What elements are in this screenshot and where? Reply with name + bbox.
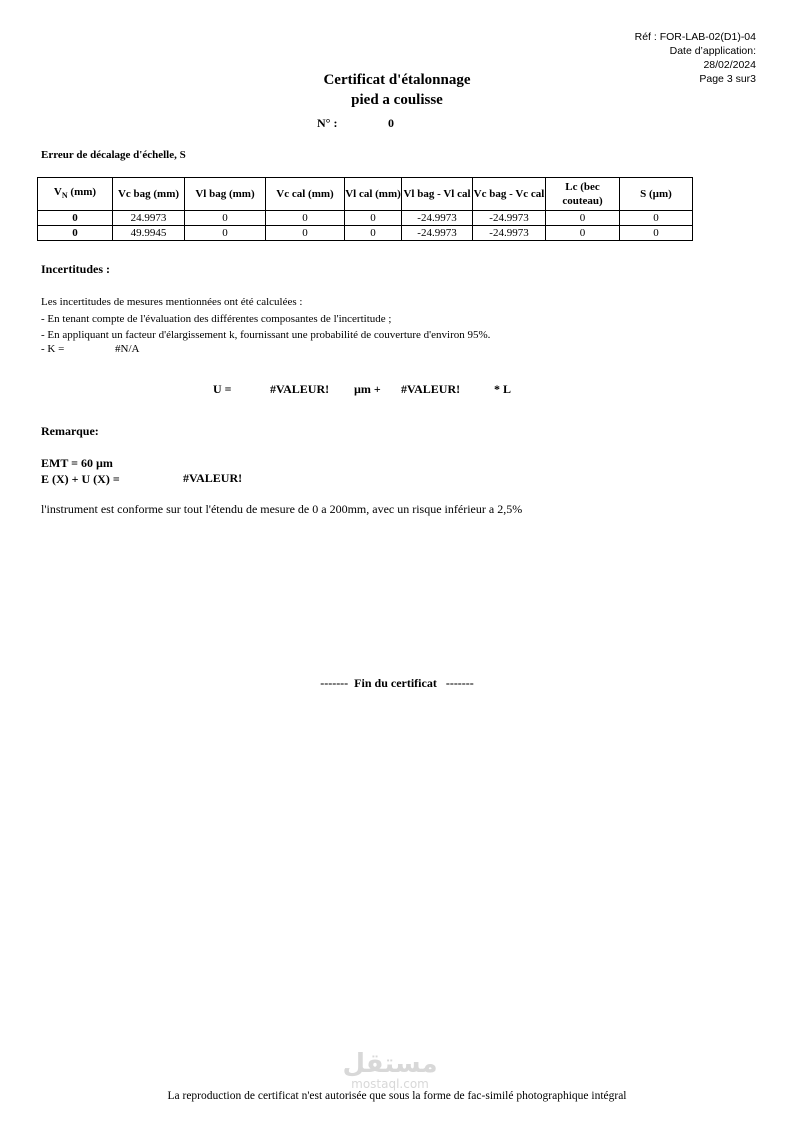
ex-value: #VALEUR! <box>183 471 242 486</box>
u-label: U = <box>213 382 232 397</box>
conformity-statement: l'instrument est conforme sur tout l'éte… <box>41 502 522 517</box>
cell-vl-diff: -24.9973 <box>402 211 473 226</box>
cell-lc: 0 <box>546 211 620 226</box>
date-label: Date d’application: <box>635 44 756 58</box>
cell-vn: 0 <box>38 226 113 241</box>
uncertainties-heading: Incertitudes : <box>41 262 110 277</box>
cell-vc-cal: 0 <box>266 226 345 241</box>
column-header-vl-diff: Vl bag - Vl cal <box>402 178 473 211</box>
scale-error-table: VN (mm) Vc bag (mm) Vl bag (mm) Vc cal (… <box>37 177 693 241</box>
title-line-2: pied a coulisse <box>0 90 794 110</box>
u-times-l: * L <box>494 382 511 397</box>
scale-error-heading: Erreur de décalage d'échelle, S <box>41 149 186 161</box>
cell-vc-diff: -24.9973 <box>473 226 546 241</box>
cell-vc-bag: 24.9973 <box>113 211 185 226</box>
cell-vl-bag: 0 <box>185 226 266 241</box>
uncertainties-bullet-2: - En appliquant un facteur d'élargisseme… <box>41 327 490 343</box>
column-header-vc-bag: Vc bag (mm) <box>113 178 185 211</box>
column-header-lc: Lc (bec couteau) <box>546 178 620 211</box>
cell-vl-bag: 0 <box>185 211 266 226</box>
cell-vc-cal: 0 <box>266 211 345 226</box>
column-header-vn: VN (mm) <box>38 178 113 211</box>
cell-vl-diff: -24.9973 <box>402 226 473 241</box>
footer-notice: La reproduction de certificat n'est auto… <box>0 1090 794 1102</box>
column-header-vl-cal: Vl cal (mm) <box>345 178 402 211</box>
column-header-vc-cal: Vc cal (mm) <box>266 178 345 211</box>
number-value: 0 <box>388 116 394 131</box>
k-factor-row: - K = #N/A <box>41 343 64 355</box>
uncertainties-intro: Les incertitudes de mesures mentionnées … <box>41 294 302 310</box>
table-row: 0 49.9945 0 0 0 -24.9973 -24.9973 0 0 <box>38 226 693 241</box>
watermark-arabic: مستقل <box>340 1050 440 1078</box>
u-unit-plus: µm + <box>354 382 381 397</box>
number-label: N° : <box>317 116 337 130</box>
watermark-latin: mostaql.com <box>340 1078 440 1090</box>
emt-block: EMT = 60 µm E (X) + U (X) = <box>41 455 120 487</box>
k-label: - K = <box>41 343 64 355</box>
cell-vc-bag: 49.9945 <box>113 226 185 241</box>
cell-s: 0 <box>620 226 693 241</box>
cell-vc-diff: -24.9973 <box>473 211 546 226</box>
end-of-certificate: ------- Fin du certificat ------- <box>0 676 794 691</box>
column-header-s: S (µm) <box>620 178 693 211</box>
column-header-vc-diff: Vc bag - Vc cal <box>473 178 546 211</box>
column-header-vl-bag: Vl bag (mm) <box>185 178 266 211</box>
emt-value: EMT = 60 µm <box>41 455 120 471</box>
cell-s: 0 <box>620 211 693 226</box>
watermark-logo: مستقل mostaql.com <box>340 1050 440 1090</box>
cell-lc: 0 <box>546 226 620 241</box>
ex-label: E (X) + U (X) = <box>41 471 120 487</box>
table-header-row: VN (mm) Vc bag (mm) Vl bag (mm) Vc cal (… <box>38 178 693 211</box>
u-value-2: #VALEUR! <box>401 382 460 397</box>
u-value-1: #VALEUR! <box>270 382 329 397</box>
title-line-1: Certificat d'étalonnage <box>0 70 794 90</box>
k-value: #N/A <box>115 343 139 355</box>
cell-vl-cal: 0 <box>345 226 402 241</box>
cell-vl-cal: 0 <box>345 211 402 226</box>
cell-vn: 0 <box>38 211 113 226</box>
certificate-number: N° : 0 <box>317 116 337 131</box>
certificate-title: Certificat d'étalonnage pied a coulisse <box>0 70 794 110</box>
uncertainties-bullet-1: - En tenant compte de l'évaluation des d… <box>41 311 391 327</box>
table-row: 0 24.9973 0 0 0 -24.9973 -24.9973 0 0 <box>38 211 693 226</box>
remark-heading: Remarque: <box>41 424 99 439</box>
reference-code: Réf : FOR-LAB-02(D1)-04 <box>635 30 756 44</box>
